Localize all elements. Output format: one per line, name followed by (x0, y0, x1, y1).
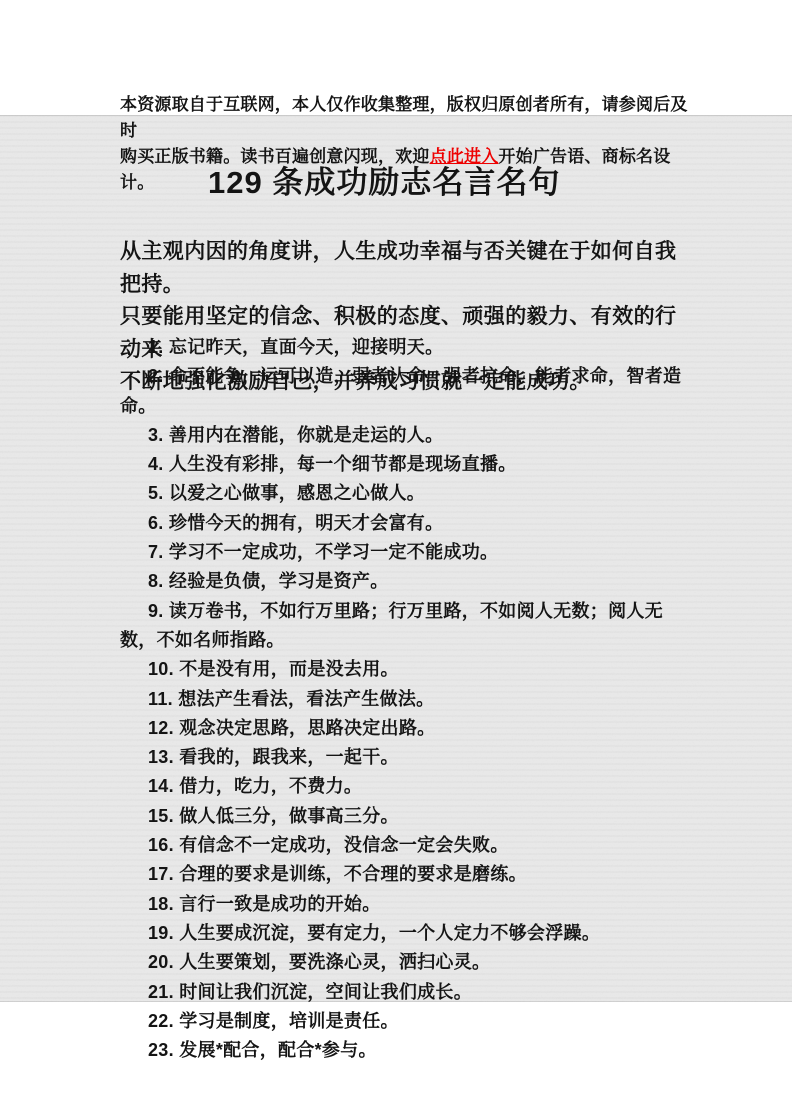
disclaimer-line1: 本资源取自于互联网，本人仅作收集整理，版权归原创者所有，请参阅后及时 (120, 95, 688, 140)
quote-item: 17. 合理的要求是训练，不合理的要求是磨练。 (120, 860, 696, 889)
quote-item: 18. 言行一致是成功的开始。 (120, 890, 696, 919)
quote-list: 1. 忘记昨天，直面今天，迎接明天。 2. 命不能争，运可以造，弱者认命，强者抗… (120, 333, 696, 1065)
document-page: 本资源取自于互联网，本人仅作收集整理，版权归原创者所有，请参阅后及时 购买正版书… (0, 0, 792, 1120)
quote-item: 9. 读万卷书，不如行万里路；行万里路，不如阅人无数；阅人无数，不如名师指路。 (120, 597, 696, 656)
quote-item: 23. 发展*配合，配合*参与。 (120, 1036, 696, 1065)
page-title: 129 条成功励志名言名句 (120, 164, 784, 202)
quote-item: 10. 不是没有用，而是没去用。 (120, 655, 696, 684)
quote-item: 19. 人生要成沉淀，要有定力，一个人定力不够会浮躁。 (120, 919, 696, 948)
quote-item: 1. 忘记昨天，直面今天，迎接明天。 (120, 333, 696, 362)
quote-item: 15. 做人低三分，做事高三分。 (120, 802, 696, 831)
quote-item: 5. 以爱之心做事，感恩之心做人。 (120, 479, 696, 508)
quote-item: 14. 借力，吃力，不费力。 (120, 772, 696, 801)
quote-item: 11. 想法产生看法，看法产生做法。 (120, 685, 696, 714)
quote-item: 16. 有信念不一定成功，没信念一定会失败。 (120, 831, 696, 860)
quote-item: 13. 看我的，跟我来，一起干。 (120, 743, 696, 772)
quote-item: 3. 善用内在潜能，你就是走运的人。 (120, 421, 696, 450)
quote-item: 21. 时间让我们沉淀，空间让我们成长。 (120, 978, 696, 1007)
quote-item: 2. 命不能争，运可以造，弱者认命，强者抗命，能者求命，智者造命。 (120, 362, 696, 421)
intro-line: 从主观内因的角度讲，人生成功幸福与否关键在于如何自我把持。 (120, 236, 696, 301)
quote-item: 4. 人生没有彩排，每一个细节都是现场直播。 (120, 450, 696, 479)
quote-item: 7. 学习不一定成功，不学习一定不能成功。 (120, 538, 696, 567)
quote-item: 12. 观念决定思路，思路决定出路。 (120, 714, 696, 743)
quote-item: 8. 经验是负债，学习是资产。 (120, 567, 696, 596)
quote-item: 20. 人生要策划，要洗涤心灵，洒扫心灵。 (120, 948, 696, 977)
quote-item: 22. 学习是制度，培训是责任。 (120, 1007, 696, 1036)
quote-item: 6. 珍惜今天的拥有，明天才会富有。 (120, 509, 696, 538)
